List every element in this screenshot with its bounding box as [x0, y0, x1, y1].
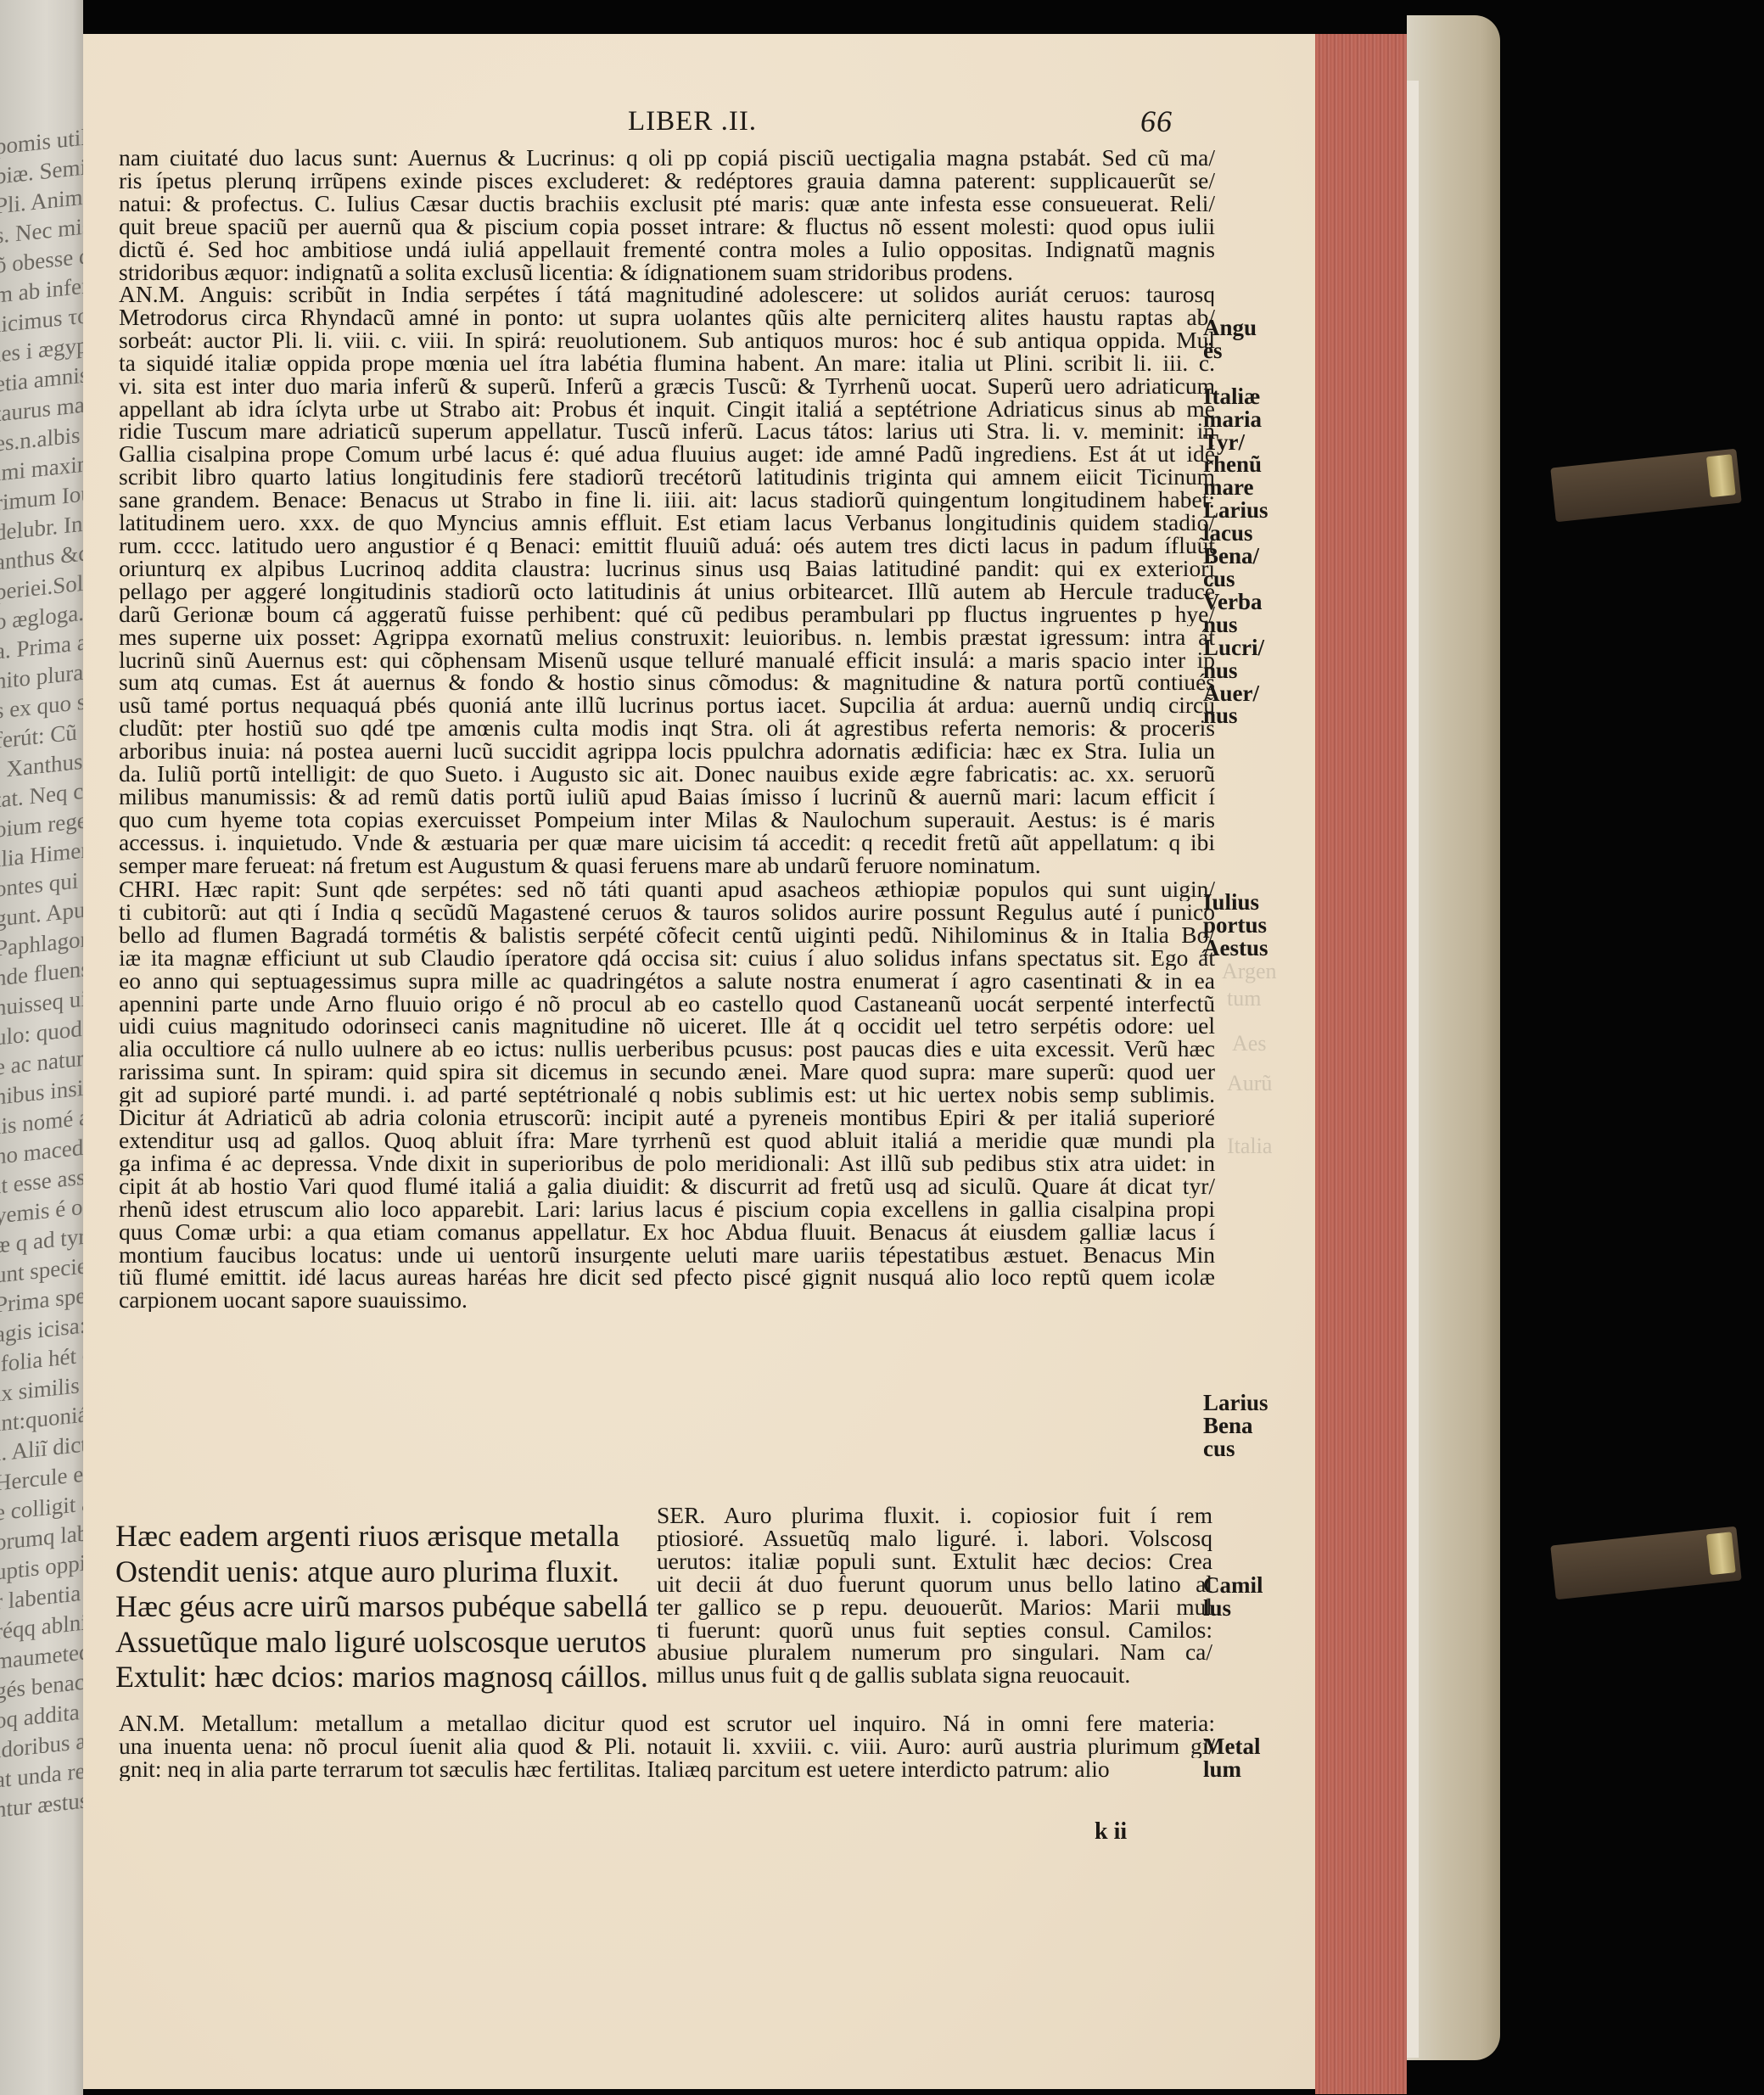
text-line: semper mare ferueat: ná fretum est Augus…	[119, 854, 1215, 877]
text-line: stridoribus æquor: indignatũ a solita ex…	[119, 261, 1215, 284]
text-line: Italiæ	[1203, 385, 1296, 408]
text-line: cipit át ab hostio Vari quod flumé itali…	[119, 1175, 1215, 1198]
text-line: montium faucibus locatus: unde ui uentor…	[119, 1244, 1215, 1267]
text-line: cus	[1203, 568, 1296, 591]
upper-clasp-icon	[1550, 449, 1741, 523]
text-line: Camil	[1203, 1574, 1296, 1597]
text-line: appellant ab idra íclyta urbe ut Strabo …	[119, 398, 1215, 421]
text-line	[1203, 362, 1296, 385]
text-line: Bena	[1203, 1414, 1296, 1437]
facing-left-page: pomis utilis at.ilibiæ. Semina generPli.…	[0, 0, 83, 2095]
text-line: Auer/	[1203, 682, 1296, 705]
text-line: CHRI. Hæc rapit: Sunt qde serpétes: sed …	[119, 878, 1215, 901]
text-line: uidi cuius magnitudo odorinseci canis ma…	[119, 1015, 1215, 1038]
text-line: cus	[1203, 1437, 1296, 1460]
text-line: uerutos: italiæ populi sunt. Extulit hæc…	[657, 1550, 1212, 1573]
text-line: uit decii át duo fuerunt quorum unus bel…	[657, 1573, 1212, 1596]
text-line: ris ípetus plerunq irrũpens exinde pisce…	[119, 170, 1215, 193]
text-line: nus	[1203, 659, 1296, 682]
clasp-brass-tip-icon	[1706, 1532, 1736, 1575]
text-line: Metal	[1203, 1735, 1296, 1758]
text-line: Hæc géus acre uirũ marsos pubéque sabell…	[115, 1589, 641, 1625]
signature-mark: k ii	[1095, 1818, 1127, 1846]
text-line: accessus. i. inquietudo. Vnde & æstuaria…	[119, 832, 1215, 854]
commentary-block-1: nam ciuitaté duo lacus sunt: Auernus & L…	[119, 147, 1215, 283]
text-line: Bena/	[1203, 545, 1296, 568]
text-line: arboribus inuia: ná postea auerni lucũ s…	[119, 740, 1215, 763]
text-line: nus	[1203, 613, 1296, 636]
commentary-block-anm: AN.M. Anguis: scribũt in India serpétes …	[119, 283, 1215, 877]
text-line: pellago per aggeré longitudinis stadiorũ…	[119, 580, 1215, 603]
text-line: iæ ita magnæ efficiunt ut sub Claudio íp…	[119, 947, 1215, 970]
text-line: quit breue spaciũ per auernũ qua & pisci…	[119, 216, 1215, 238]
text-line: apennini parte unde Arno fluuio origo é …	[119, 993, 1215, 1016]
text-line: mes superne uix posset: Agrippa exornatũ…	[119, 626, 1215, 649]
text-line: sorbeát: auctor Pli. li. viii. c. viii. …	[119, 329, 1215, 352]
text-line: vi. sita est inter duo maria inferũ & su…	[119, 375, 1215, 398]
text-line: Angu	[1203, 316, 1296, 339]
text-line: rhenũ	[1203, 453, 1296, 476]
text-line: Ostendit uenis: atque auro plurima fluxi…	[115, 1554, 641, 1590]
text-line: ës	[1203, 339, 1296, 362]
text-line: AN.M. Anguis: scribũt in India serpétes …	[119, 283, 1215, 306]
text-line: usũ tamé portus nequaquá pbés quoniá ant…	[119, 694, 1215, 717]
text-line: AN.M. Metallum: metallum a metallao dici…	[119, 1712, 1215, 1735]
text-line: mare	[1203, 476, 1296, 499]
text-line: Aestus	[1203, 937, 1296, 960]
text-line: scribit libro quarto latius longitudinis…	[119, 466, 1215, 489]
show-through-note: Aurũ	[1227, 1071, 1272, 1096]
text-line: darũ Gerionæ boum cá aggeratũ fuisse per…	[119, 603, 1215, 626]
text-line: ta siquidé italiæ oppida prope mœnia uel…	[119, 352, 1215, 375]
clasp-brass-tip-icon	[1706, 454, 1736, 497]
binding-pastedown	[1407, 81, 1419, 2058]
text-line: lum	[1203, 1758, 1296, 1781]
text-line: Lucri/	[1203, 636, 1296, 659]
text-line: rhenũ idest etruscum alio loco apparebit…	[119, 1198, 1215, 1221]
text-line: natui: & profectus. C. Iulius Cæsar duct…	[119, 193, 1215, 216]
text-line: latitudinem uero. xxx. de quo Myncius am…	[119, 512, 1215, 535]
vellum-binding	[1407, 15, 1500, 2060]
marginal-notes-4: Camillus	[1203, 1574, 1296, 1620]
text-line: Hæc eadem argenti riuos ærisque metalla	[115, 1519, 641, 1554]
text-line: Metrodorus circa Rhyndacũ amné in ponto:…	[119, 306, 1215, 329]
text-line: ridie Tuscum mare adriaticũ superum appe…	[119, 420, 1215, 443]
text-line: da. Iuliũ portũ intelligit: de quo Sueto…	[119, 763, 1215, 786]
text-line: Gallia cisalpina prope Comum urbé lacus …	[119, 443, 1215, 466]
text-line: sum atq cumas. Est át auernus & fondo & …	[119, 671, 1215, 694]
text-line: nus	[1203, 704, 1296, 727]
text-line: sane grandem. Benace: Benacus ut Strabo …	[119, 489, 1215, 512]
text-line: Tyr/	[1203, 431, 1296, 454]
text-line: carpionem uocant sapore suauissimo.	[119, 1289, 1215, 1312]
virgil-verse-block: Hæc eadem argenti riuos ærisque metallaO…	[115, 1519, 641, 1695]
servius-commentary-block: SER. Auro plurima fluxit. i. copiosior f…	[657, 1504, 1212, 1687]
text-line: rum. cccc. latitudo uero angustior é q B…	[119, 535, 1215, 557]
text-line: oriunturq ex alpibus Lucrinoq addita cla…	[119, 557, 1215, 580]
text-line: quus Comæ urbi: a qua etiam comanus appe…	[119, 1221, 1215, 1244]
text-line: gnit: neq in alia parte terrarum tot sæc…	[119, 1758, 1215, 1781]
text-line: cludũt: pter hostiũ suo qdé tpe amœnis c…	[119, 717, 1215, 740]
text-line: Larius	[1203, 1392, 1296, 1414]
text-line: Assuetũque malo liguré uolscosque ueruto…	[115, 1625, 641, 1661]
marginal-notes-2: IuliusportusAestus	[1203, 891, 1296, 960]
commentary-block-chri: CHRI. Hæc rapit: Sunt qde serpétes: sed …	[119, 878, 1215, 1312]
text-line: extenditur usq ad gallos. Quoq abluit íf…	[119, 1129, 1215, 1152]
text-line: abusiue pluralem numerum pro singulari. …	[657, 1641, 1212, 1664]
marginal-notes-1: Anguës ItaliæmariaTyr/rhenũmareLariuslac…	[1203, 316, 1296, 727]
text-line: portus	[1203, 914, 1296, 937]
text-line: ter gallico se p repu. deuouerũt. Marios…	[657, 1596, 1212, 1619]
text-line: Larius	[1203, 499, 1296, 522]
text-line: lucrinũ sinũ Auernus est: qui cõphensam …	[119, 649, 1215, 672]
text-line: Dicitur át Adriaticũ ab adria colonia et…	[119, 1106, 1215, 1129]
text-line: una inuenta uena: nõ procul íuenit alia …	[119, 1735, 1215, 1758]
text-line: ptiosioré. Assuetũq malo liguré. i. labo…	[657, 1527, 1212, 1550]
text-line: ti fuerunt: quorũ unus fuit septies cons…	[657, 1619, 1212, 1642]
text-line: lacus	[1203, 522, 1296, 545]
text-line: eo anno qui septuagessimus supra mille a…	[119, 970, 1215, 993]
show-through-note: Italia	[1227, 1134, 1272, 1159]
text-line: Extulit: hæc dcios: marios magnosq cáill…	[115, 1660, 641, 1695]
text-line: milibus manumissis: & ad remũ datis port…	[119, 786, 1215, 809]
text-line: nam ciuitaté duo lacus sunt: Auernus & L…	[119, 147, 1215, 170]
text-line: quo cum hyeme tota copias exercuisset Po…	[119, 809, 1215, 832]
text-line: rarissima sunt. In spiram: quid spira si…	[119, 1061, 1215, 1084]
show-through-note: Aes	[1232, 1031, 1266, 1056]
text-line: tiũ flumé emittit. idé lacus aureas haré…	[119, 1266, 1215, 1289]
folio-number: 66	[1140, 104, 1173, 139]
running-head: LIBER .II.	[628, 106, 757, 137]
marginal-notes-3: LariusBenacus	[1203, 1392, 1296, 1460]
text-line: millus unus fuit q de gallis sublata sig…	[657, 1664, 1212, 1687]
text-line: bello ad flumen Bagradá tormétis & balis…	[119, 924, 1215, 947]
text-line: ga infima é ac depressa. Vnde dixit in s…	[119, 1152, 1215, 1175]
text-line: dictũ é. Sed hoc ambitiose undá iuliá ap…	[119, 238, 1215, 261]
text-line: Iulius	[1203, 891, 1296, 914]
marginal-notes-5: Metallum	[1203, 1735, 1296, 1781]
text-line: lus	[1203, 1597, 1296, 1620]
text-line: Verba	[1203, 591, 1296, 613]
show-through-note: Argen	[1222, 959, 1277, 984]
text-line: SER. Auro plurima fluxit. i. copiosior f…	[657, 1504, 1212, 1527]
lower-clasp-icon	[1550, 1526, 1741, 1600]
red-edged-page-block	[1315, 34, 1407, 2094]
text-line: git ad supioré parté mundi. i. ad parté …	[119, 1084, 1215, 1106]
commentary-block-metallum: AN.M. Metallum: metallum a metallao dici…	[119, 1712, 1215, 1781]
text-line: alia occultiore cá nullo uulnere ab eo i…	[119, 1038, 1215, 1061]
text-line: ti cubitorũ: aut qti í India q secũdũ Ma…	[119, 901, 1215, 924]
text-line: maria	[1203, 408, 1296, 431]
show-through-note: tum	[1227, 986, 1261, 1011]
